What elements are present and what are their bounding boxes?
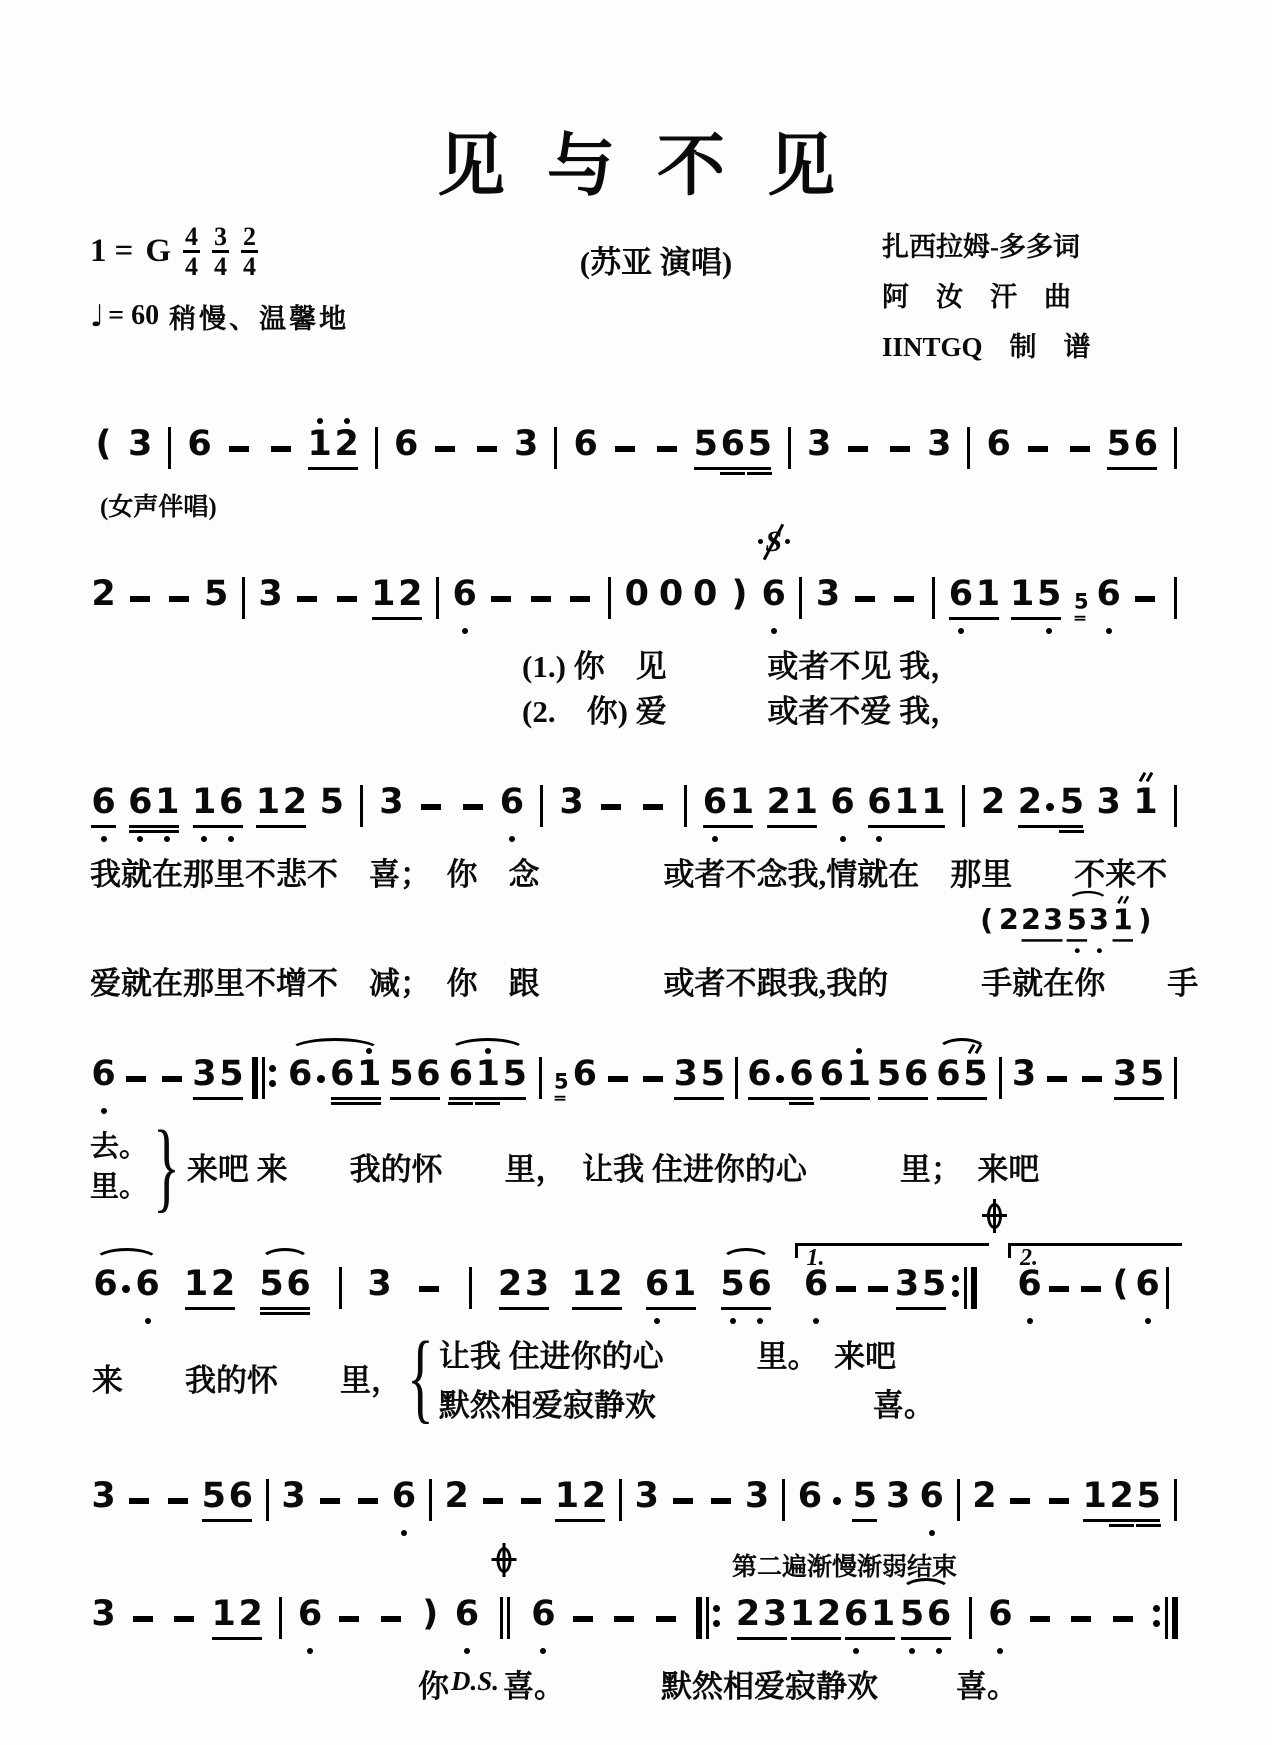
note: 3 bbox=[806, 417, 833, 491]
note-digit: 3 bbox=[191, 1055, 218, 1093]
coda-icon bbox=[496, 1545, 513, 1575]
note: 3 bbox=[1042, 898, 1064, 959]
note: 6 bbox=[987, 1587, 1014, 1661]
octave-dot-below bbox=[540, 1648, 546, 1654]
repeat-end-barline bbox=[1153, 1587, 1178, 1639]
note-digit: 2 bbox=[1016, 783, 1043, 821]
duration-dash bbox=[127, 1587, 159, 1661]
note: 6 bbox=[796, 1469, 823, 1543]
note-digit: 6 bbox=[134, 1265, 161, 1303]
beam-group: 61 bbox=[127, 775, 181, 849]
beam-group: 15 bbox=[1009, 567, 1063, 641]
note: 5 bbox=[899, 1587, 926, 1661]
beam-group: 61 bbox=[701, 775, 755, 849]
note: 6 bbox=[746, 1047, 773, 1121]
bar bbox=[1165, 1597, 1168, 1639]
note-digit: 5 bbox=[921, 1265, 948, 1303]
duration-dash bbox=[1043, 1469, 1075, 1543]
note-digit: 5 bbox=[876, 1055, 903, 1093]
segno-icon: S bbox=[762, 525, 786, 559]
duration-dash bbox=[124, 567, 156, 641]
underline bbox=[1075, 616, 1086, 618]
note: 5 bbox=[200, 1469, 227, 1543]
note-digit: 2 bbox=[1020, 905, 1042, 936]
note: 3 bbox=[762, 1587, 789, 1661]
barline bbox=[360, 785, 363, 827]
note-digit: 3 bbox=[806, 425, 833, 463]
beam-line bbox=[721, 1307, 771, 1310]
duration-dash bbox=[1022, 417, 1054, 491]
duration-dash bbox=[331, 567, 363, 641]
note: 1 bbox=[671, 1257, 698, 1331]
subtitle: (苏亚 演唱) bbox=[580, 245, 732, 280]
octave-dot-below bbox=[840, 836, 846, 842]
barline bbox=[539, 1057, 542, 1099]
note: S6 bbox=[760, 567, 787, 641]
duration-dash bbox=[333, 1587, 365, 1661]
note-digit: 6 bbox=[843, 1595, 870, 1633]
note-digit: 6 bbox=[92, 1265, 119, 1303]
octave-dot-below bbox=[1145, 1318, 1151, 1324]
note: 5 bbox=[692, 417, 719, 491]
beam-group: 12 bbox=[370, 567, 424, 641]
note-digit: 6 bbox=[947, 575, 974, 613]
underline bbox=[475, 1102, 500, 1105]
beam-line bbox=[1018, 825, 1083, 828]
lyric-line: (2. 你) 爱 或者不爱 我， bbox=[90, 686, 1182, 731]
duration-dash bbox=[156, 1047, 188, 1121]
note-digit: 2 bbox=[765, 783, 792, 821]
beam-line bbox=[674, 1097, 724, 1100]
note: 5 bbox=[719, 1257, 746, 1331]
note: 3 bbox=[280, 1469, 307, 1543]
note-digit: 1 bbox=[191, 783, 218, 821]
note-digit: 6 bbox=[218, 783, 245, 821]
lyric-segment: 来吧 来 我的怀 里， 让我 住进你的心 里； 来吧 bbox=[187, 1144, 1040, 1189]
beam-group: 65 bbox=[935, 1047, 989, 1121]
note-digit: 1 bbox=[920, 783, 947, 821]
note: 3 bbox=[191, 1047, 218, 1121]
octave-dot-below bbox=[909, 1648, 915, 1654]
note: 1 bbox=[789, 1587, 816, 1661]
barline bbox=[266, 1479, 269, 1521]
note-digit: 3 bbox=[280, 1477, 307, 1515]
note-digit: 2 bbox=[397, 575, 424, 613]
note: 1 bbox=[474, 1047, 501, 1121]
underline bbox=[789, 1102, 814, 1105]
note: 3 bbox=[744, 1469, 771, 1543]
duration-dash bbox=[650, 1587, 682, 1661]
duration-dash bbox=[637, 775, 669, 849]
note: 6 bbox=[329, 1047, 356, 1121]
grace-note: 5 bbox=[554, 1066, 566, 1110]
barline bbox=[967, 427, 970, 469]
note: 1 bbox=[893, 775, 920, 849]
note: 1 bbox=[183, 1257, 210, 1331]
note: 3 bbox=[1095, 775, 1122, 849]
note-digit: 1 bbox=[154, 783, 181, 821]
note-digit: 1 bbox=[183, 1265, 210, 1303]
note: 1 bbox=[570, 1257, 597, 1331]
duration-dash bbox=[162, 1469, 194, 1543]
octave-dot-below bbox=[936, 1648, 942, 1654]
note-digit: 2 bbox=[210, 1265, 237, 1303]
music-line-4: 63566156615563566615665335 bbox=[90, 1003, 1182, 1121]
note: 1 bbox=[1132, 775, 1159, 849]
beam-group: 23 bbox=[497, 1257, 551, 1331]
note-digit: 5 bbox=[899, 1595, 926, 1633]
barline bbox=[168, 427, 171, 469]
note-digit: 5 bbox=[218, 1055, 245, 1093]
underline bbox=[852, 1519, 877, 1522]
beam-group: 12 bbox=[789, 1587, 843, 1661]
lyric-stack: 去。里。 bbox=[90, 1129, 148, 1206]
note-digit: 3 bbox=[524, 1265, 551, 1303]
note: 6 bbox=[719, 417, 746, 491]
duration-dash bbox=[525, 567, 557, 641]
note: 1 bbox=[845, 1047, 872, 1121]
bar bbox=[696, 1597, 702, 1639]
note: 2 bbox=[998, 898, 1020, 959]
note: 3 bbox=[1112, 1047, 1139, 1121]
note-digit: 5 bbox=[1058, 783, 1085, 821]
duration-dash bbox=[375, 1587, 407, 1661]
note: 6 bbox=[985, 417, 1012, 491]
octave-dot-below bbox=[101, 1108, 107, 1114]
barline bbox=[969, 1597, 972, 1639]
duration-dash bbox=[595, 775, 627, 849]
beam-group: 12 bbox=[254, 775, 308, 849]
beam-line bbox=[129, 825, 179, 828]
octave-dot-below bbox=[1097, 948, 1102, 953]
note-digit: 1 bbox=[974, 575, 1001, 613]
barline bbox=[436, 577, 439, 619]
note-digit: 3 bbox=[366, 1265, 393, 1303]
beam-line bbox=[308, 467, 358, 470]
note-group: 第二遍渐慢渐弱结束23126156 bbox=[735, 1587, 955, 1661]
lyric-segment: (1.) 你 见 或者不见 我， bbox=[522, 641, 961, 686]
beam-line bbox=[737, 1637, 787, 1640]
duration-dash bbox=[457, 775, 489, 849]
note-digit: 6 bbox=[1095, 575, 1122, 613]
note-digit: 2 bbox=[281, 783, 308, 821]
note: 6 bbox=[227, 1469, 254, 1543]
note: 2 bbox=[90, 567, 117, 641]
note-digit: 6 bbox=[90, 1055, 117, 1093]
octave-dot-below bbox=[771, 628, 777, 634]
note: 5 bbox=[501, 1047, 528, 1121]
note: ( bbox=[1107, 1257, 1134, 1331]
beam-line bbox=[256, 825, 306, 828]
double-barline bbox=[500, 1587, 510, 1639]
duration-dash bbox=[223, 417, 255, 491]
note: 6 bbox=[453, 1587, 480, 1661]
note-digit: 1 bbox=[1081, 1477, 1108, 1515]
note-digit: 3 bbox=[1112, 1055, 1139, 1093]
mordent-bar bbox=[975, 1044, 983, 1054]
note-digit: 6 bbox=[186, 425, 213, 463]
note: 6 bbox=[90, 775, 117, 849]
barline bbox=[608, 577, 611, 619]
beam-line bbox=[449, 1097, 526, 1100]
note-digit: 6 bbox=[285, 1265, 312, 1303]
beam-line bbox=[767, 825, 817, 828]
duration-dash bbox=[477, 1469, 509, 1543]
note: 6 bbox=[451, 567, 478, 641]
lyric-segment: D.S. bbox=[451, 1661, 499, 1697]
barline bbox=[1174, 577, 1177, 619]
tempo-text: 稍慢、温馨地 bbox=[169, 297, 349, 336]
beam-group: 611 bbox=[866, 775, 947, 849]
beam-line bbox=[1107, 467, 1157, 470]
note-digit: 1 bbox=[254, 783, 281, 821]
note-digit: 6 bbox=[918, 1477, 945, 1515]
note: 6 bbox=[92, 1257, 119, 1331]
note: 3 bbox=[524, 1257, 551, 1331]
note-digit: 1 bbox=[728, 783, 755, 821]
note-digit: 1 bbox=[553, 1477, 580, 1515]
note-digit: 1 bbox=[1009, 575, 1036, 613]
time-signature: 24 bbox=[241, 223, 258, 281]
segno-dot bbox=[785, 539, 790, 544]
duration-dash bbox=[120, 1047, 152, 1121]
augmentation-dot bbox=[314, 1047, 329, 1121]
barline bbox=[554, 427, 557, 469]
note: 2 bbox=[210, 1257, 237, 1331]
barline bbox=[1174, 1479, 1177, 1521]
duration-dash bbox=[291, 567, 323, 641]
beam-group: 56 bbox=[200, 1469, 254, 1543]
duration-dash bbox=[1004, 1469, 1036, 1543]
beam-group: 61 bbox=[329, 1047, 383, 1121]
repeat-dots bbox=[713, 1597, 721, 1639]
volta-ending: 1.635 bbox=[795, 1257, 989, 1331]
lyric-segment: 爱就在那里不增不 减； 你 跟 或者不跟我,我的 手就在你 手 bbox=[90, 958, 1198, 1003]
note-digit: 6 bbox=[1132, 425, 1159, 463]
beam-group: 565 bbox=[692, 417, 773, 491]
note-digit: 0 bbox=[623, 575, 650, 613]
note: 6 bbox=[788, 1047, 815, 1121]
note: 1 bbox=[370, 567, 397, 641]
duration-dash bbox=[830, 1257, 862, 1331]
octave-dot-below bbox=[1046, 628, 1052, 634]
lyric-stack-row: 让我 住进你的心 里。 来吧 bbox=[439, 1331, 935, 1376]
beam-group: 35 bbox=[672, 1047, 726, 1121]
duration-dash bbox=[1041, 1047, 1073, 1121]
beam-group: 56 bbox=[719, 1257, 773, 1331]
note: 6 bbox=[803, 1257, 830, 1331]
underline bbox=[1113, 939, 1134, 941]
note: 5 bbox=[876, 1047, 903, 1121]
underline bbox=[1059, 830, 1084, 833]
barline bbox=[1174, 785, 1177, 827]
note-digit: 6 bbox=[297, 1595, 324, 1633]
repeat-dots bbox=[1153, 1597, 1161, 1639]
note: 6 bbox=[843, 1587, 870, 1661]
note: 5 bbox=[962, 1047, 989, 1121]
note: 0 bbox=[692, 567, 719, 641]
note: 3 bbox=[926, 417, 953, 491]
segno-dot bbox=[758, 539, 763, 544]
note: 0 bbox=[623, 567, 650, 641]
note: 6 bbox=[947, 567, 974, 641]
note: 6 bbox=[903, 1047, 930, 1121]
note-digit: 6 bbox=[760, 575, 787, 613]
note: 1 bbox=[974, 567, 1001, 641]
beam-line bbox=[331, 1102, 381, 1105]
key-equals: = bbox=[115, 233, 134, 270]
octave-dot-below bbox=[730, 1318, 736, 1324]
note-digit: 6 bbox=[701, 783, 728, 821]
beam-line bbox=[260, 1312, 310, 1315]
duration-dash bbox=[429, 417, 461, 491]
beam-line bbox=[1114, 1097, 1164, 1100]
note-digit: 5 bbox=[851, 1477, 878, 1515]
barline bbox=[999, 1057, 1002, 1099]
duration-dash bbox=[862, 1257, 894, 1331]
music-line-3: 661161253636121661122531 bbox=[90, 731, 1182, 849]
repeat-end-barline bbox=[952, 1257, 977, 1331]
note-digit: 3 bbox=[885, 1477, 912, 1515]
backing-vocal-caption: (女声伴唱) bbox=[100, 487, 1182, 523]
barline bbox=[735, 1057, 738, 1099]
lyric-line: 去。里。}来吧 来 我的怀 里， 让我 住进你的心 里； 来吧 bbox=[90, 1121, 1182, 1213]
note: 5 bbox=[746, 417, 773, 491]
key-signature: 1=G 443424 bbox=[90, 223, 430, 281]
duration-dash bbox=[884, 417, 916, 491]
augmentation-dot bbox=[119, 1257, 134, 1331]
mordent-icon bbox=[1137, 772, 1155, 782]
note-digit: 3 bbox=[257, 575, 284, 613]
note-digit: 2 bbox=[237, 1595, 264, 1633]
note: 3 bbox=[672, 1047, 699, 1121]
note-digit: 5 bbox=[1066, 905, 1088, 936]
beam-group: 35 bbox=[1112, 1047, 1166, 1121]
note: 6 bbox=[1016, 1257, 1043, 1331]
duration-dash bbox=[608, 1587, 640, 1661]
octave-dot-below bbox=[137, 836, 143, 842]
note: 1 bbox=[254, 775, 281, 849]
duration-dash bbox=[564, 567, 596, 641]
beam-group: 61 bbox=[947, 567, 1001, 641]
note: 2 bbox=[735, 1587, 762, 1661]
note: 5 bbox=[851, 1469, 878, 1543]
lyric-stack: 让我 住进你的心 里。 来吧默然相爱寂静欢 喜。 bbox=[439, 1331, 935, 1425]
augmentation-dot bbox=[773, 1047, 788, 1121]
note: 6 bbox=[393, 417, 420, 491]
music-line-6: 356362123365362125 bbox=[90, 1425, 1182, 1543]
meter-top: 2 bbox=[241, 223, 258, 253]
note: 6 bbox=[530, 1587, 557, 1661]
note-digit: 5 bbox=[1074, 590, 1086, 613]
meter-bottom: 4 bbox=[214, 253, 227, 280]
duration-dash bbox=[168, 1587, 200, 1661]
note-digit: 1 bbox=[893, 783, 920, 821]
song-title: 见与不见 bbox=[90, 0, 1182, 209]
note-digit: 6 bbox=[571, 1055, 598, 1093]
note-digit: 3 bbox=[1011, 1055, 1038, 1093]
octave-dot-below bbox=[228, 836, 234, 842]
duration-dash bbox=[265, 417, 297, 491]
octave-dot-below bbox=[1074, 948, 1079, 953]
slur-group: 56 bbox=[717, 1257, 775, 1331]
duration-dash bbox=[1076, 1047, 1108, 1121]
duration-dash bbox=[842, 417, 874, 491]
note: 3 bbox=[815, 567, 842, 641]
duration-dash bbox=[888, 567, 920, 641]
beam-line bbox=[949, 617, 999, 620]
beam-group: 12 bbox=[306, 417, 360, 491]
octave-dot-below bbox=[201, 836, 207, 842]
duration-dash bbox=[651, 417, 683, 491]
lyric-line: 来 我的怀 里，{让我 住进你的心 里。 来吧默然相爱寂静欢 喜。 bbox=[90, 1331, 1182, 1425]
time-signature: 34 bbox=[212, 223, 229, 281]
note: 6 bbox=[134, 1257, 161, 1331]
note-digit: 1 bbox=[789, 1595, 816, 1633]
slur-group: 56 bbox=[256, 1257, 314, 1331]
slur-group: 615 bbox=[445, 1047, 530, 1121]
note-digit: 6 bbox=[935, 1055, 962, 1093]
note-digit: 1 bbox=[306, 425, 333, 463]
tempo-value: = 60 bbox=[108, 300, 159, 332]
credits: 扎西拉姆-多多词阿 汝 汗 曲IINTGQ 制 谱 bbox=[882, 223, 1182, 373]
note: 1 bbox=[792, 775, 819, 849]
beam-group: 23 bbox=[1020, 898, 1064, 959]
note-digit: 3 bbox=[672, 1055, 699, 1093]
note-digit: 5 bbox=[962, 1055, 989, 1093]
note-digit: 1 bbox=[870, 1595, 897, 1633]
note: 2 bbox=[597, 1257, 624, 1331]
note: 3 bbox=[1088, 898, 1110, 959]
grace-note: 5 bbox=[1074, 586, 1086, 630]
note: 6 bbox=[935, 1047, 962, 1121]
barline bbox=[279, 1597, 282, 1639]
octave-dot-below bbox=[464, 1648, 470, 1654]
note-digit: ) bbox=[1134, 905, 1156, 936]
beam-line bbox=[937, 1097, 987, 1100]
note-digit: 5 bbox=[501, 1055, 528, 1093]
mordent-icon bbox=[966, 1044, 984, 1054]
note: ) bbox=[417, 1587, 444, 1661]
note: 3 bbox=[558, 775, 585, 849]
beam-line bbox=[1083, 1519, 1160, 1522]
note: 0 bbox=[658, 567, 685, 641]
duration-dash bbox=[1065, 1587, 1097, 1661]
note-digit: 2 bbox=[333, 425, 360, 463]
beam-line bbox=[878, 1097, 928, 1100]
barline bbox=[957, 1479, 960, 1521]
beam-line bbox=[193, 1097, 243, 1100]
beam-group: 21 bbox=[765, 775, 819, 849]
meter-bottom: 4 bbox=[243, 253, 256, 280]
note-digit: 1 bbox=[474, 1055, 501, 1093]
note-digit: 3 bbox=[513, 425, 540, 463]
note-digit: 2 bbox=[497, 1265, 524, 1303]
beam-group: 56 bbox=[1105, 417, 1159, 491]
beam-line bbox=[868, 825, 945, 828]
note-digit: 6 bbox=[803, 1265, 830, 1303]
note-digit: 6 bbox=[287, 1055, 314, 1093]
beam-group: 56 bbox=[876, 1047, 930, 1121]
beam-line bbox=[791, 1637, 841, 1640]
repeat-dots bbox=[269, 1057, 277, 1099]
lyric-segment: 喜。 bbox=[503, 1661, 565, 1706]
note-digit: 6 bbox=[1016, 1265, 1043, 1303]
repeat-start-barline bbox=[696, 1587, 721, 1639]
meter-top: 4 bbox=[183, 223, 200, 253]
key-tonic: G bbox=[145, 233, 171, 270]
note: 3 bbox=[1011, 1047, 1038, 1121]
